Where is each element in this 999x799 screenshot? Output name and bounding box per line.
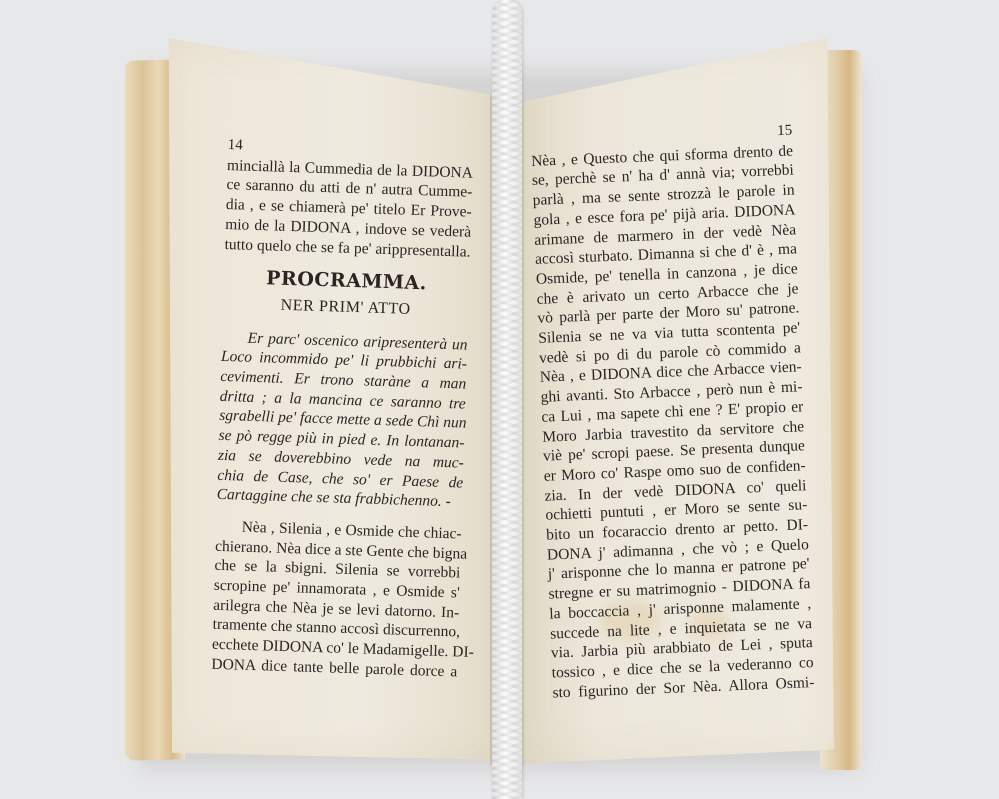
left-page-text: 14 minciallà la Cummedia de la DIDONA ce… bbox=[211, 136, 474, 682]
photo-scene: 14 minciallà la Cummedia de la DIDONA ce… bbox=[0, 0, 999, 799]
act-heading: NER PRIM' ATTO bbox=[222, 294, 468, 321]
section-heading: PROCRAMMA. bbox=[223, 268, 469, 295]
bookmark-cord bbox=[492, 0, 522, 799]
right-page-text: 15 Nèa , e Questo che qui sforma drento … bbox=[530, 121, 815, 702]
